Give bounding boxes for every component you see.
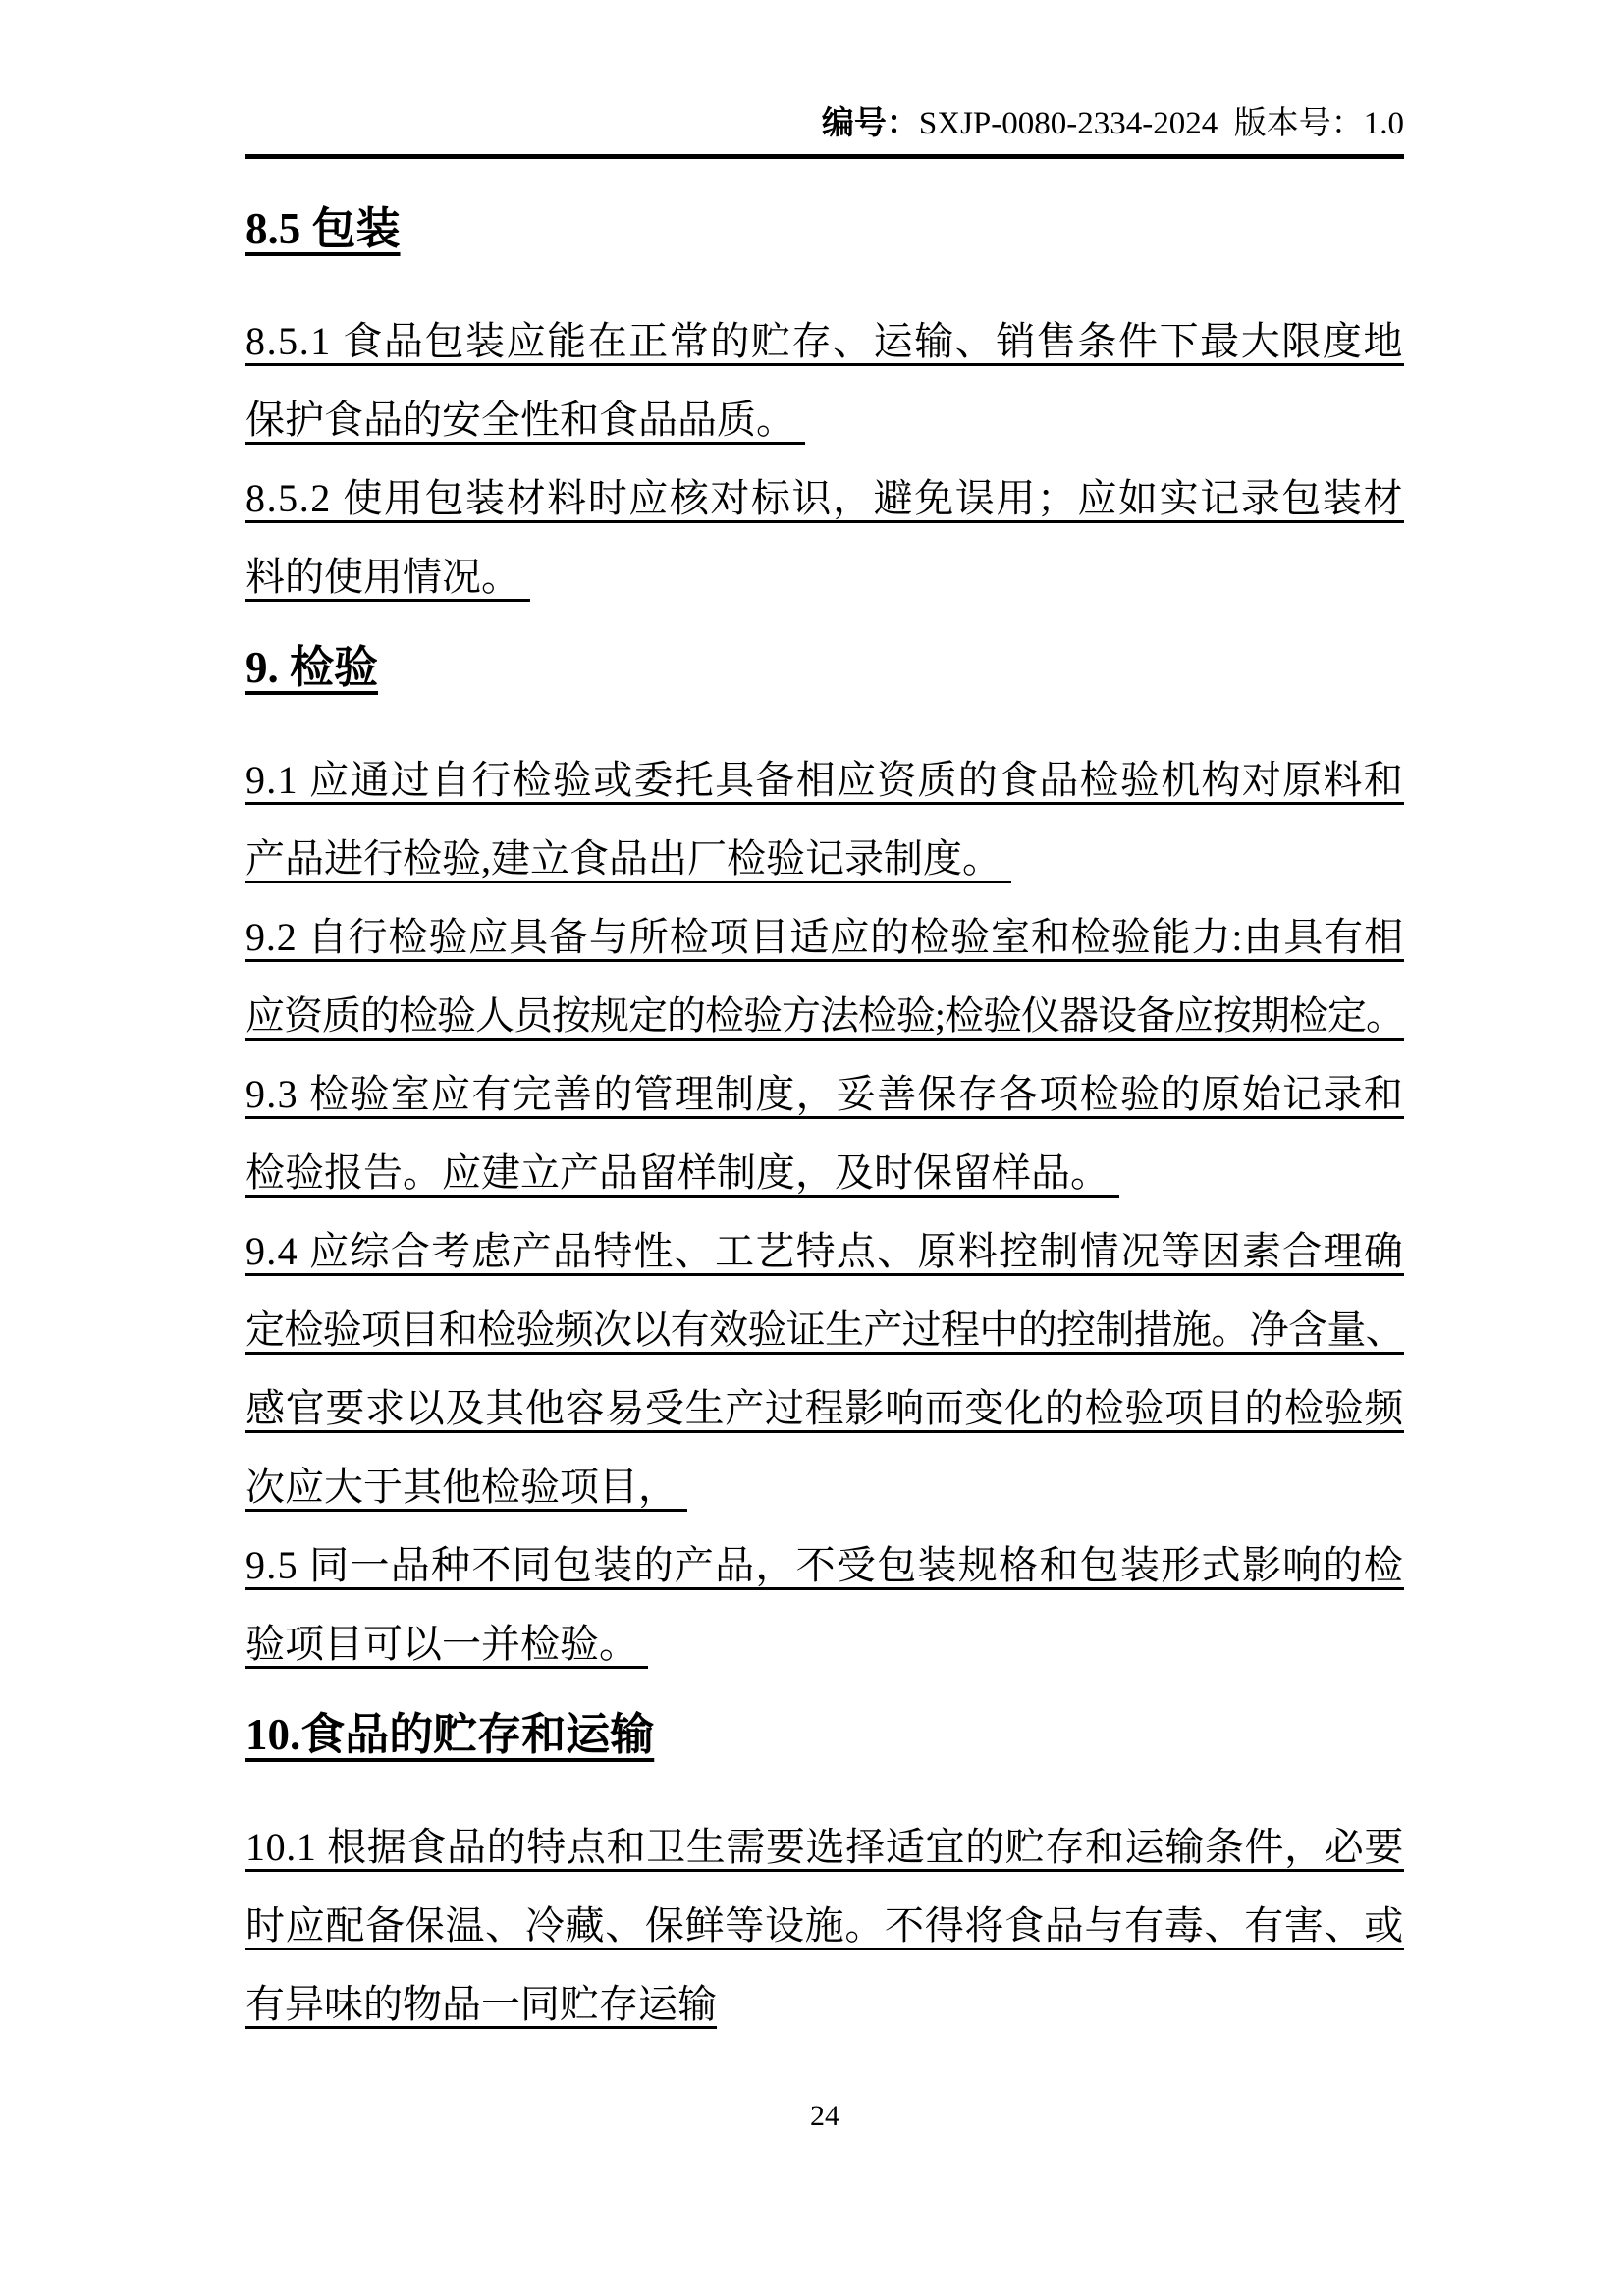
doc-number-value: SXJP-0080-2334-2024 版本号：1.0 [919,106,1404,141]
text-line: 时应配备保温、冷藏、保鲜等设施。不得将食品与有毒、有害、或 [245,1887,1404,1965]
text-line-text: 料的使用情况。 [245,555,530,599]
paragraph: 9.1 应通过自行检验或委托具备相应资质的食品检验机构对原料和产品进行检验,建立… [245,741,1404,898]
text-line-text: 9.5 同一品种不同包装的产品，不受包装规格和包装形式影响的检 [245,1543,1404,1587]
text-line: 8.5.2 使用包装材料时应核对标识，避免误用；应如实记录包装材 [245,459,1404,538]
header-rule [245,154,1404,159]
text-line-text: 10.1 根据食品的特点和卫生需要选择适宜的贮存和运输条件，必要 [245,1825,1404,1869]
text-line: 感官要求以及其他容易受生产过程影响而变化的检验项目的检验频 [245,1369,1404,1448]
text-line: 次应大于其他检验项目， [245,1448,1404,1526]
section-heading: 9. 检验 [245,639,1404,696]
section-heading: 10.食品的贮存和运输 [245,1706,1404,1763]
text-line: 检验报告。应建立产品留样制度，及时保留样品。 [245,1134,1404,1212]
text-line-text: 8.5.1 食品包装应能在正常的贮存、运输、销售条件下最大限度地 [245,319,1404,363]
text-line: 9.5 同一品种不同包装的产品，不受包装规格和包装形式影响的检 [245,1526,1404,1605]
document-page: 编号：SXJP-0080-2334-2024 版本号：1.0 8.5 包装8.5… [0,0,1624,2296]
text-line: 9.3 检验室应有完善的管理制度，妥善保存各项检验的原始记录和 [245,1055,1404,1134]
text-line-text: 9.4 应综合考虑产品特性、工艺特点、原料控制情况等因素合理确 [245,1229,1404,1273]
text-line: 8.5.1 食品包装应能在正常的贮存、运输、销售条件下最大限度地 [245,302,1404,381]
text-line: 保护食品的安全性和食品品质。 [245,381,1404,459]
text-line-text: 9.3 检验室应有完善的管理制度，妥善保存各项检验的原始记录和 [245,1072,1404,1116]
paragraph: 9.5 同一品种不同包装的产品，不受包装规格和包装形式影响的检验项目可以一并检验… [245,1526,1404,1683]
text-line-text: 产品进行检验,建立食品出厂检验记录制度。 [245,836,1011,881]
text-line-text: 保护食品的安全性和食品品质。 [245,398,805,442]
paragraph: 8.5.2 使用包装材料时应核对标识，避免误用；应如实记录包装材料的使用情况。 [245,459,1404,616]
paragraph: 10.1 根据食品的特点和卫生需要选择适宜的贮存和运输条件，必要时应配备保温、冷… [245,1808,1404,2044]
section-heading-text: 10.食品的贮存和运输 [245,1710,654,1759]
text-line: 应资质的检验人员按规定的检验方法检验;检验仪器设备应按期检定。 [245,977,1404,1055]
text-line: 10.1 根据食品的特点和卫生需要选择适宜的贮存和运输条件，必要 [245,1808,1404,1887]
text-line-text: 9.2 自行检验应具备与所检项目适应的检验室和检验能力:由具有相 [245,915,1404,959]
text-line-text: 检验报告。应建立产品留样制度，及时保留样品。 [245,1150,1119,1195]
section-heading: 8.5 包装 [245,200,1404,257]
text-line-text: 应资质的检验人员按规定的检验方法检验;检验仪器设备应按期检定。 [245,993,1404,1038]
paragraph: 9.4 应综合考虑产品特性、工艺特点、原料控制情况等因素合理确定检验项目和检验频… [245,1212,1404,1526]
text-line: 9.1 应通过自行检验或委托具备相应资质的食品检验机构对原料和 [245,741,1404,820]
text-line-text: 9.1 应通过自行检验或委托具备相应资质的食品检验机构对原料和 [245,758,1404,802]
section-heading-text: 8.5 包装 [245,204,401,253]
paragraph: 9.2 自行检验应具备与所检项目适应的检验室和检验能力:由具有相应资质的检验人员… [245,898,1404,1055]
paragraph: 9.3 检验室应有完善的管理制度，妥善保存各项检验的原始记录和检验报告。应建立产… [245,1055,1404,1212]
text-line: 9.2 自行检验应具备与所检项目适应的检验室和检验能力:由具有相 [245,898,1404,977]
text-line-text: 次应大于其他检验项目， [245,1465,687,1509]
page-number: 24 [245,2099,1404,2134]
text-line-text: 有异味的物品一同贮存运输 [245,1982,717,2026]
text-line: 验项目可以一并检验。 [245,1605,1404,1683]
text-line-text: 8.5.2 使用包装材料时应核对标识，避免误用；应如实记录包装材 [245,476,1404,520]
text-line-text: 感官要求以及其他容易受生产过程影响而变化的检验项目的检验频 [245,1386,1404,1430]
text-line: 有异味的物品一同贮存运输 [245,1965,1404,2044]
text-line: 定检验项目和检验频次以有效验证生产过程中的控制措施。净含量、 [245,1291,1404,1369]
document-body: 8.5 包装8.5.1 食品包装应能在正常的贮存、运输、销售条件下最大限度地保护… [245,200,1404,2044]
section-heading-text: 9. 检验 [245,643,378,692]
text-line: 产品进行检验,建立食品出厂检验记录制度。 [245,820,1404,898]
text-line-text: 定检验项目和检验频次以有效验证生产过程中的控制措施。净含量、 [245,1308,1404,1352]
text-line: 料的使用情况。 [245,538,1404,616]
doc-number-label: 编号： [822,106,919,141]
page-content: 编号：SXJP-0080-2334-2024 版本号：1.0 8.5 包装8.5… [245,0,1404,2134]
page-header: 编号：SXJP-0080-2334-2024 版本号：1.0 [245,0,1404,143]
paragraph: 8.5.1 食品包装应能在正常的贮存、运输、销售条件下最大限度地保护食品的安全性… [245,302,1404,459]
text-line: 9.4 应综合考虑产品特性、工艺特点、原料控制情况等因素合理确 [245,1212,1404,1291]
text-line-text: 验项目可以一并检验。 [245,1622,648,1666]
text-line-text: 时应配备保温、冷藏、保鲜等设施。不得将食品与有毒、有害、或 [245,1903,1404,1948]
